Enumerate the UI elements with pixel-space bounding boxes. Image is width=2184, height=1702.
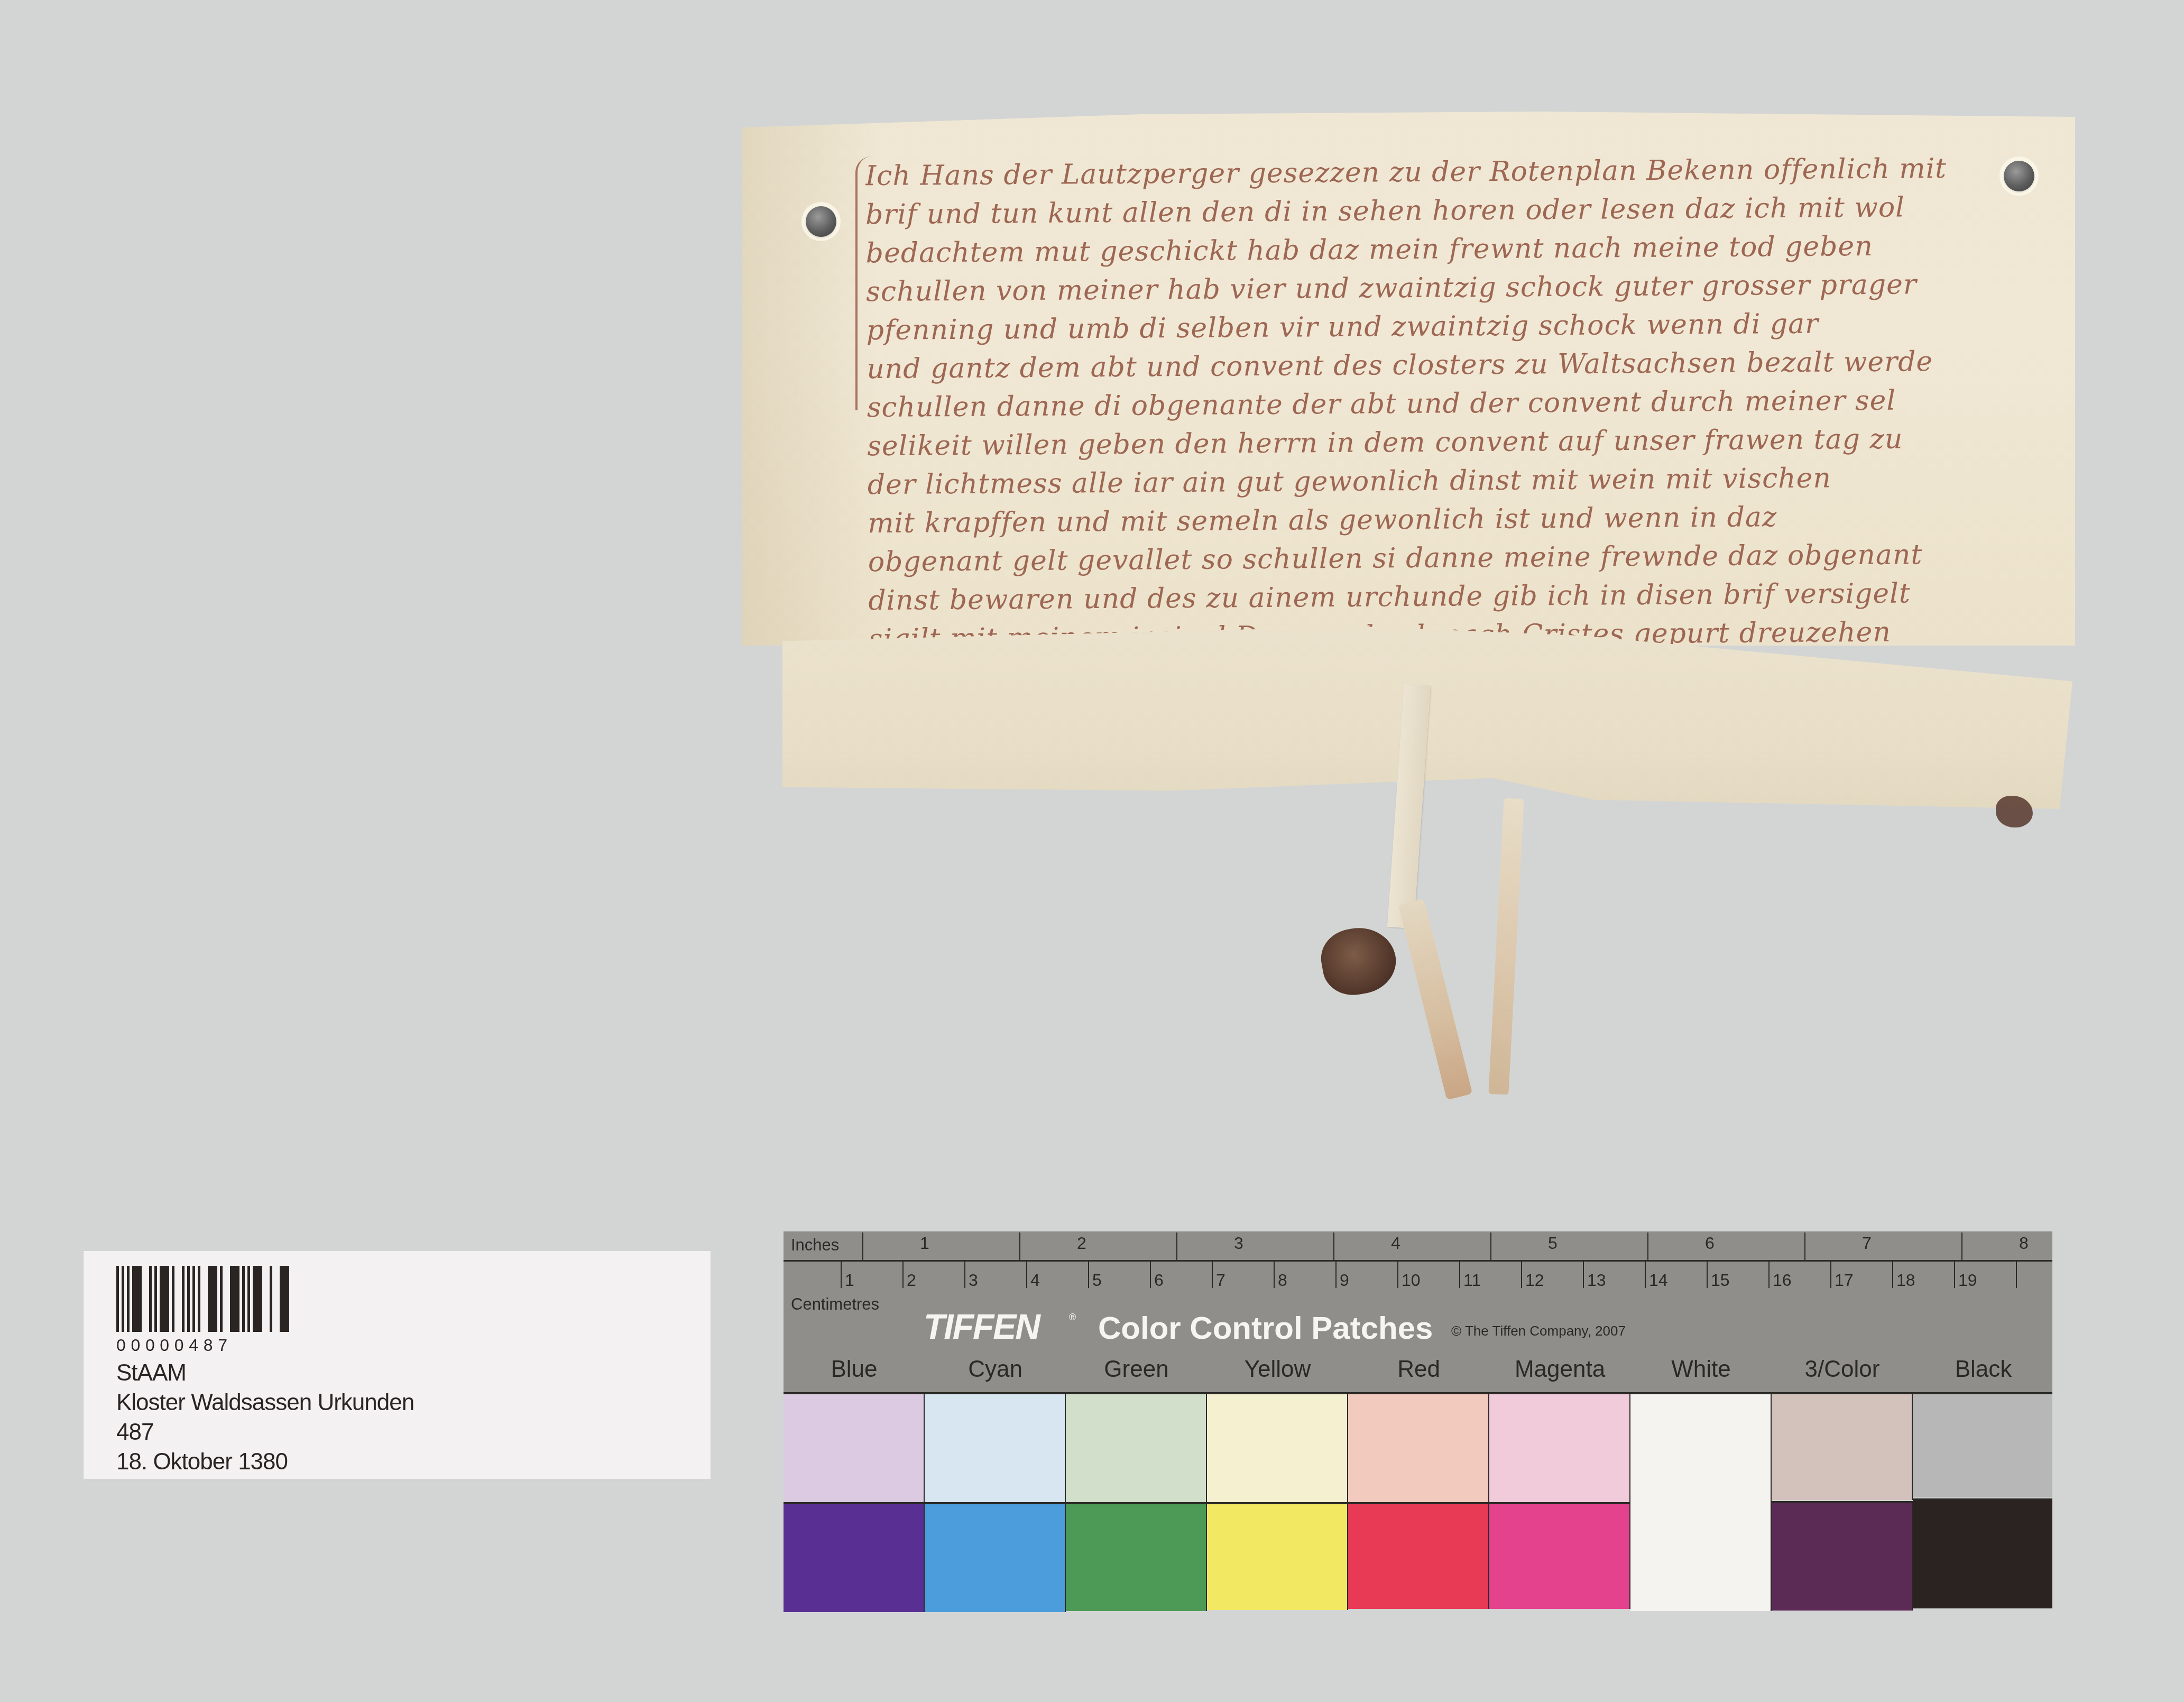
barcode-digit: 0 (131, 1336, 140, 1355)
document-date: 18. Oktober 1380 (116, 1449, 288, 1475)
inch-tick (1961, 1232, 1962, 1260)
cm-tick (1088, 1262, 1089, 1288)
cm-tick (1954, 1262, 1955, 1288)
barcode (116, 1266, 292, 1332)
patch-3color-light (1772, 1394, 1913, 1500)
cm-tick (1335, 1262, 1337, 1288)
patch-white (1630, 1394, 1772, 1611)
cm-number: 1 (845, 1271, 854, 1290)
seal-tag-ribbon (1488, 798, 1524, 1094)
patch-label-cyan: Cyan (925, 1356, 1066, 1383)
patch-cyan-dark (925, 1504, 1066, 1612)
inch-tick (1647, 1232, 1648, 1260)
cm-number: 11 (1463, 1271, 1481, 1290)
patch-cyan-light (925, 1394, 1066, 1503)
cm-tick (841, 1262, 842, 1288)
chart-title: Color Control Patches (1098, 1310, 1433, 1346)
barcode-digit: 0 (160, 1336, 169, 1355)
patch-magenta-light (1489, 1394, 1630, 1503)
cm-number: 8 (1278, 1271, 1287, 1290)
inch-number: 3 (1234, 1234, 1243, 1253)
patch-3color-dark (1772, 1501, 1913, 1611)
inch-tick (1019, 1232, 1020, 1260)
cm-number: 3 (969, 1271, 978, 1290)
cm-number: 4 (1030, 1271, 1040, 1290)
inch-number: 2 (1077, 1234, 1086, 1253)
cm-number: 9 (1340, 1271, 1349, 1290)
inch-number: 4 (1391, 1234, 1400, 1253)
seal-tag-ribbon-twisted (1398, 899, 1472, 1100)
right-magnet (2004, 161, 2034, 191)
inch-tick (862, 1232, 863, 1260)
patch-black-dark (1913, 1498, 2052, 1608)
cm-number: 14 (1649, 1271, 1668, 1290)
tiffen-logo: TIFFEN (924, 1307, 1039, 1347)
cm-number: 5 (1092, 1271, 1102, 1290)
cm-tick (1645, 1262, 1646, 1288)
cm-number: 15 (1711, 1271, 1730, 1290)
patch-label-magenta: Magenta (1489, 1356, 1630, 1383)
tiffen-color-chart: Inches Centimetres 1 2 3 4 5 6 7 8 1 2 3… (784, 1231, 2052, 1612)
cm-tick (1583, 1262, 1584, 1288)
cm-number: 10 (1402, 1271, 1421, 1290)
inch-number: 1 (920, 1234, 929, 1253)
wax-seal (1316, 922, 1401, 1000)
barcode-digit: 0 (174, 1336, 184, 1355)
barcode-digit: 7 (218, 1336, 227, 1355)
patch-blue-dark (784, 1504, 925, 1612)
copyright-text: © The Tiffen Company, 2007 (1451, 1323, 1626, 1339)
cm-number: 17 (1835, 1271, 1854, 1290)
cm-number: 18 (1896, 1271, 1915, 1290)
patch-divider-middle (784, 1502, 1630, 1504)
patch-label-3color: 3/Color (1772, 1356, 1913, 1383)
patch-black-light (1913, 1394, 2052, 1497)
barcode-digits: 0 0 0 0 0 4 8 7 (116, 1336, 227, 1355)
patch-blue-light (784, 1394, 925, 1503)
patch-label-blue: Blue (784, 1356, 925, 1383)
patch-label-black: Black (1913, 1356, 2054, 1383)
patch-red-light (1348, 1394, 1489, 1503)
ruler-baseline (784, 1260, 2052, 1262)
cm-number: 2 (907, 1271, 916, 1290)
cm-tick (1768, 1262, 1770, 1288)
inches-label: Inches (791, 1236, 839, 1255)
cm-tick (2016, 1262, 2017, 1288)
patch-yellow-dark (1207, 1504, 1348, 1610)
patch-magenta-dark (1489, 1504, 1630, 1609)
cm-tick (1521, 1262, 1522, 1288)
inch-number: 6 (1705, 1234, 1715, 1253)
patch-label-yellow: Yellow (1207, 1356, 1348, 1383)
cm-tick (1150, 1262, 1151, 1288)
inch-tick (1490, 1232, 1491, 1260)
patch-red-dark (1348, 1504, 1489, 1609)
cm-tick (1459, 1262, 1460, 1288)
cm-tick (902, 1262, 904, 1288)
cm-number: 16 (1773, 1271, 1792, 1290)
patch-label-red: Red (1348, 1356, 1489, 1383)
archive-name: StAAM (116, 1360, 186, 1386)
collection-name: Kloster Waldsassen Urkunden (116, 1390, 414, 1416)
archive-label: 0 0 0 0 0 4 8 7 StAAM Kloster Waldsassen… (84, 1251, 711, 1479)
barcode-digit: 4 (189, 1336, 198, 1355)
document-number: 487 (116, 1419, 153, 1446)
cm-tick (1892, 1262, 1893, 1288)
cm-tick (1830, 1262, 1831, 1288)
cm-number: 6 (1154, 1271, 1164, 1290)
registered-mark: ® (1069, 1312, 1076, 1323)
charter-text: Ich Hans der Lautzperger gesezzen zu der… (865, 150, 1958, 697)
barcode-digit: 8 (204, 1336, 213, 1355)
inch-number: 8 (2019, 1234, 2029, 1253)
patch-yellow-light (1207, 1394, 1348, 1503)
cm-tick (1707, 1262, 1708, 1288)
inch-tick (1333, 1232, 1334, 1260)
charter-line: der lichtmess alle iar ain gut gewonlich… (868, 458, 1957, 504)
cm-number: 7 (1216, 1271, 1225, 1290)
centimetres-label: Centimetres (791, 1295, 879, 1314)
patch-label-white: White (1630, 1356, 1772, 1383)
cm-tick (964, 1262, 965, 1288)
cm-number: 12 (1525, 1271, 1544, 1290)
inch-number: 5 (1548, 1234, 1558, 1253)
patch-green-light (1066, 1394, 1207, 1503)
cm-tick (1274, 1262, 1275, 1288)
barcode-digit: 0 (145, 1336, 155, 1355)
patch-green-dark (1066, 1504, 1207, 1611)
cm-tick (1397, 1262, 1398, 1288)
cm-number: 13 (1587, 1271, 1606, 1290)
cm-tick (1026, 1262, 1027, 1288)
barcode-digit: 0 (116, 1336, 126, 1355)
inch-number: 7 (1862, 1234, 1872, 1253)
cm-number: 19 (1958, 1271, 1977, 1290)
inch-tick (1176, 1232, 1177, 1260)
left-magnet (806, 206, 836, 237)
inch-tick (1804, 1232, 1805, 1260)
cm-tick (1212, 1262, 1213, 1288)
patch-label-green: Green (1066, 1356, 1207, 1383)
